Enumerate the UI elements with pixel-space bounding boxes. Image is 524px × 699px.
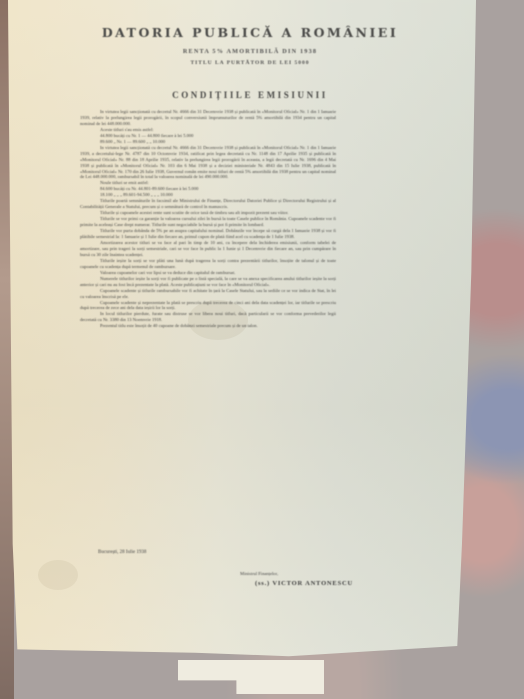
document-body: In virtutea legii sancționată cu decretu…	[80, 109, 336, 329]
paragraph: Titlurile se vor primi ca garanție la va…	[80, 216, 336, 228]
document-content: DATORIA PUBLICĂ A ROMÂNIEI RENTA 5% AMOR…	[0, 0, 524, 699]
signature-name: (ss.) VICTOR ANTONESCU	[255, 580, 353, 587]
paragraph: Titlurile ieșite la sorți se vor plăti u…	[80, 258, 336, 270]
document-subtitle: RENTA 5% AMORTIBILĂ DIN 1938	[100, 48, 400, 55]
paragraph: Cupoanele scadente și neprezentate la pl…	[80, 300, 336, 312]
paragraph: Amortizarea acestor titluri se va face a…	[80, 240, 336, 258]
paragraph: Titlurile poartă semnăturile în facsimil…	[80, 198, 336, 210]
paragraph: In virtutea legii sancționată cu decretu…	[80, 109, 336, 127]
paragraph: Numerele titlurilor ieșite la sorți vor …	[80, 276, 336, 288]
document-title: DATORIA PUBLICĂ A ROMÂNIEI	[100, 25, 400, 40]
paragraph: In virtutea legii sancționată cu decretu…	[80, 145, 336, 181]
section-heading: CONDIȚIILE EMISIUNII	[100, 90, 400, 100]
date-line: București, 28 Iulie 1938	[98, 550, 146, 555]
paragraph: Titlurile vor purta dobânda de 5% pe an …	[80, 228, 336, 240]
document-subtitle-2: TITLU LA PURTĂTOR DE LEI 5000	[100, 60, 400, 66]
paragraph: Cupoanele scadente și titlurile rambursa…	[80, 288, 336, 300]
paragraph: Prezentul titlu este însoțit de 40 cupoa…	[80, 323, 336, 329]
paragraph: In locul titlurilor pierdute, furate sau…	[80, 311, 336, 323]
signature-role: Ministrul Finanțelor,	[240, 571, 278, 576]
